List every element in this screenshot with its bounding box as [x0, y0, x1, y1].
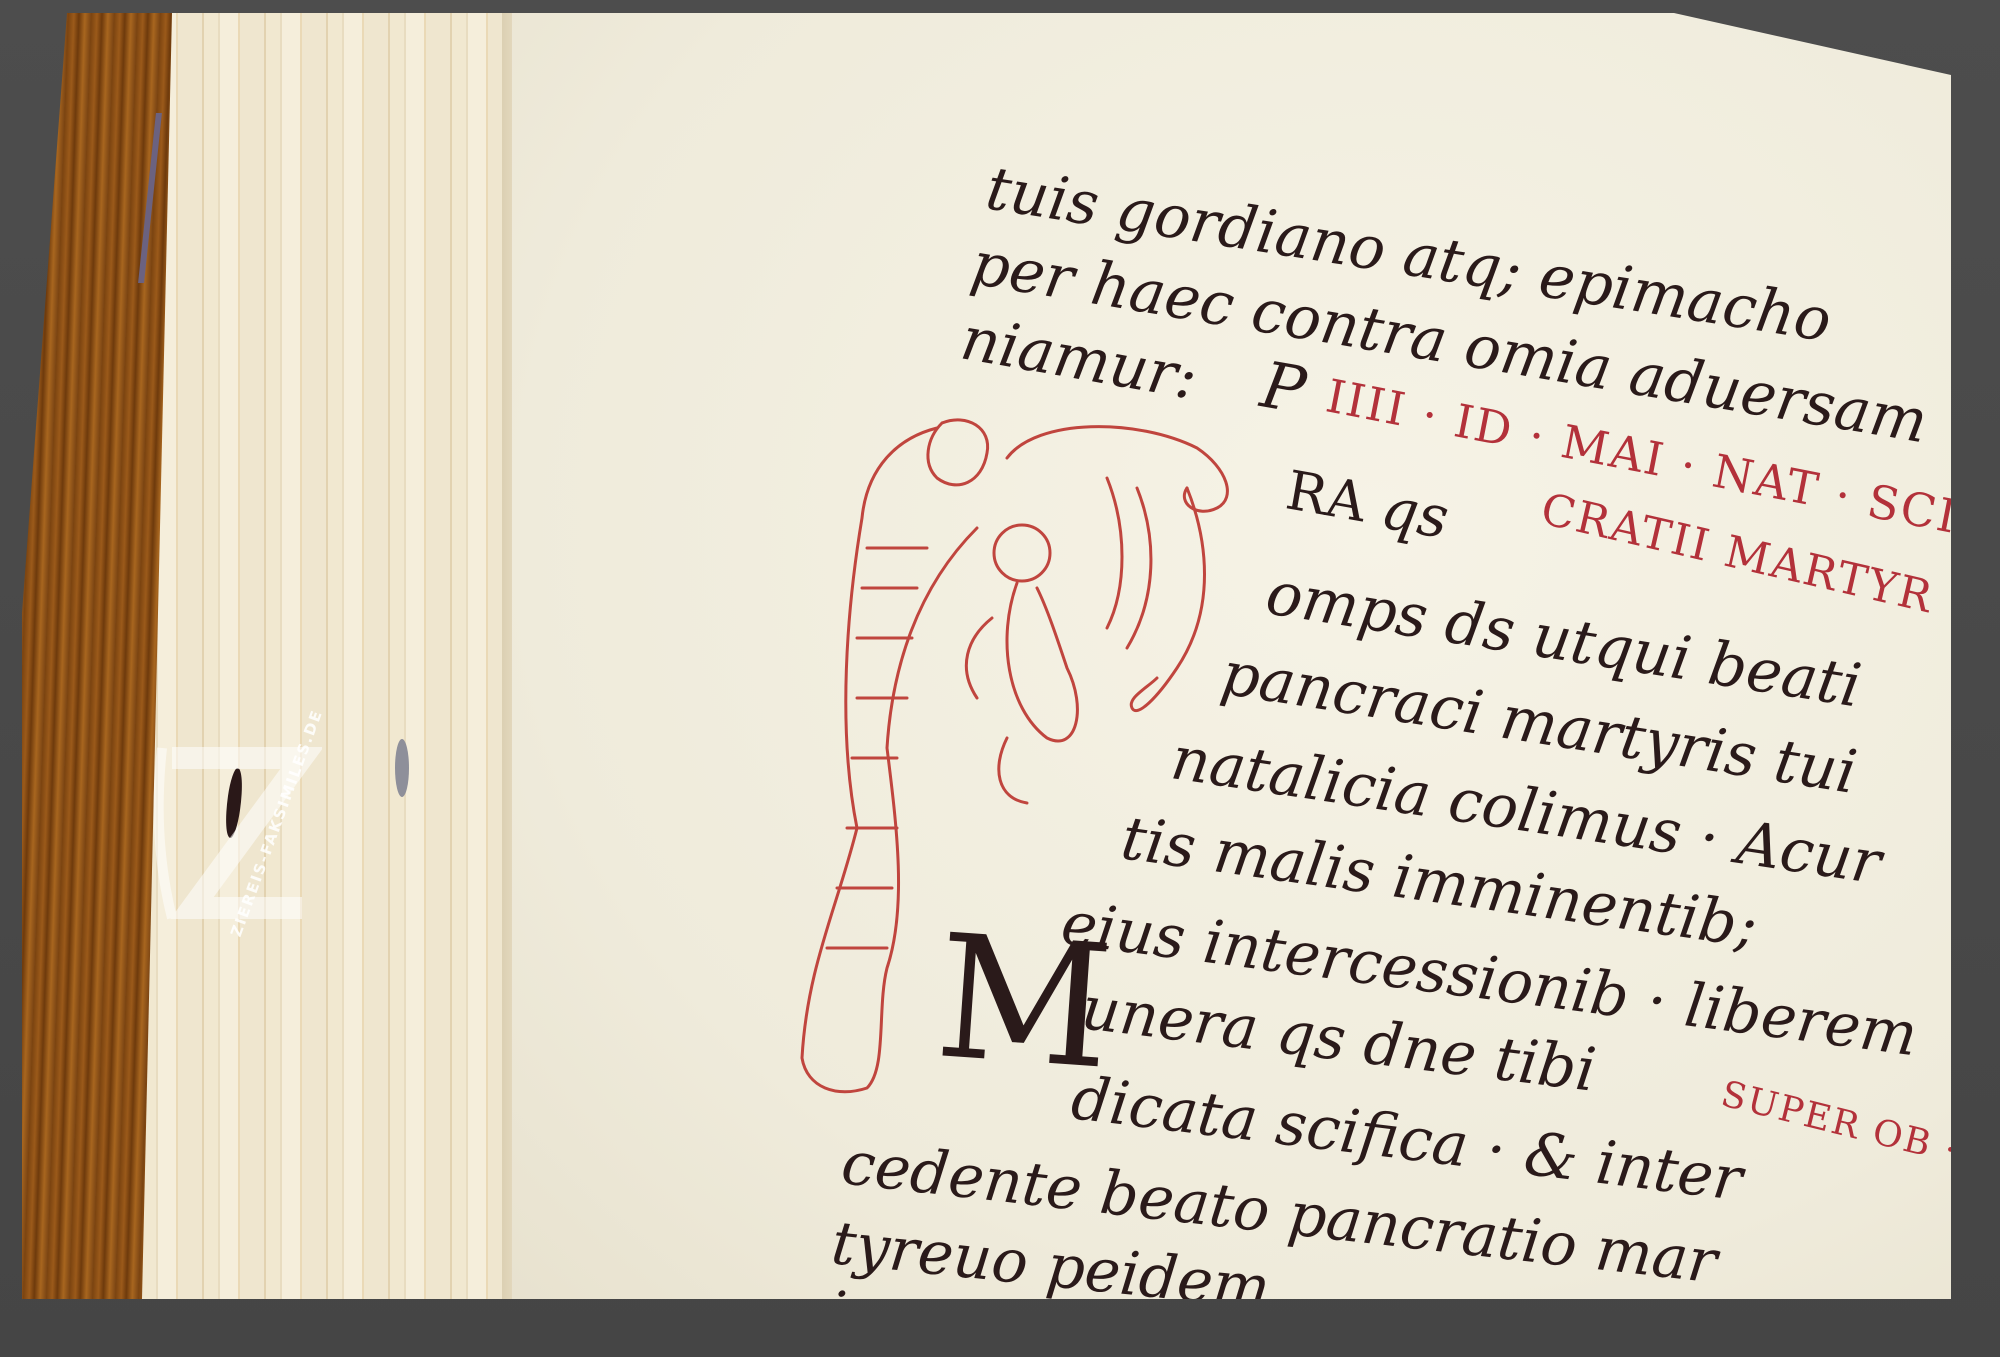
manuscript-line: qs	[1376, 474, 1454, 553]
page-stack-edges	[142, 13, 562, 1299]
manuscript-photo: ZIEREIS-FAKSIMILES.DE tuis gordiano atq;…	[22, 13, 1951, 1299]
parchment-hole	[395, 739, 409, 797]
manuscript-line: RA	[1282, 458, 1371, 534]
